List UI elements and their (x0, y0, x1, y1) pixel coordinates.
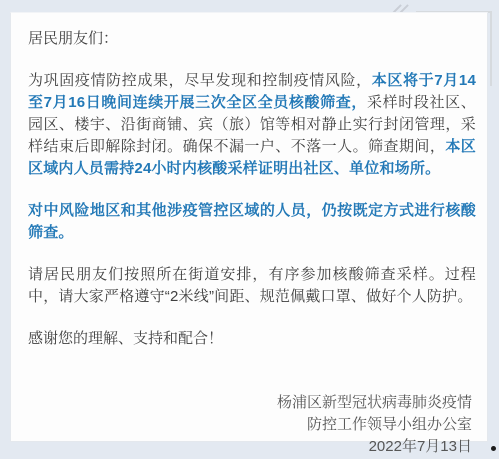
notice-paragraph: 请居民朋友们按照所在街道安排，有序参加核酸筛查采样。过程中，请大家严格遵守“2米… (28, 264, 476, 308)
signature-line: 防控工作领导小组办公室 (28, 414, 472, 436)
notice-body: 为巩固疫情防控成果，尽早发现和控制疫情风险，本区将于7月14至7月16日晚间连续… (28, 70, 476, 308)
signature-block: 杨浦区新型冠状病毒肺炎疫情防控工作领导小组办公室2022年7月13日 (28, 392, 476, 458)
signature-line: 杨浦区新型冠状病毒肺炎疫情 (28, 392, 472, 414)
body-text: 为巩固疫情防控成果，尽早发现和控制疫情风险， (28, 72, 372, 89)
body-text: 请居民朋友们按照所在街道安排，有序参加核酸筛查采样。过程中，请大家严格遵守“2米… (28, 266, 476, 305)
closing-line: 感谢您的理解、支持和配合！ (28, 328, 476, 350)
notice-paragraph: 为巩固疫情防控成果，尽早发现和控制疫情风险，本区将于7月14至7月16日晚间连续… (28, 70, 476, 180)
greeting-line: 居民朋友们： (28, 28, 476, 50)
notice-card: 居民朋友们： 为巩固疫情防控成果，尽早发现和控制疫情风险，本区将于7月14至7月… (10, 12, 488, 442)
signature-line: 2022年7月13日 (28, 436, 472, 458)
corner-dot (491, 446, 496, 451)
notice-paragraph: 对中风险地区和其他涉疫管控区域的人员，仍按既定方式进行核酸筛查。 (28, 200, 476, 244)
emphasized-text: 对中风险地区和其他涉疫管控区域的人员，仍按既定方式进行核酸筛查。 (28, 202, 476, 241)
notice-page: 居民朋友们： 为巩固疫情防控成果，尽早发现和控制疫情风险，本区将于7月14至7月… (0, 0, 499, 459)
